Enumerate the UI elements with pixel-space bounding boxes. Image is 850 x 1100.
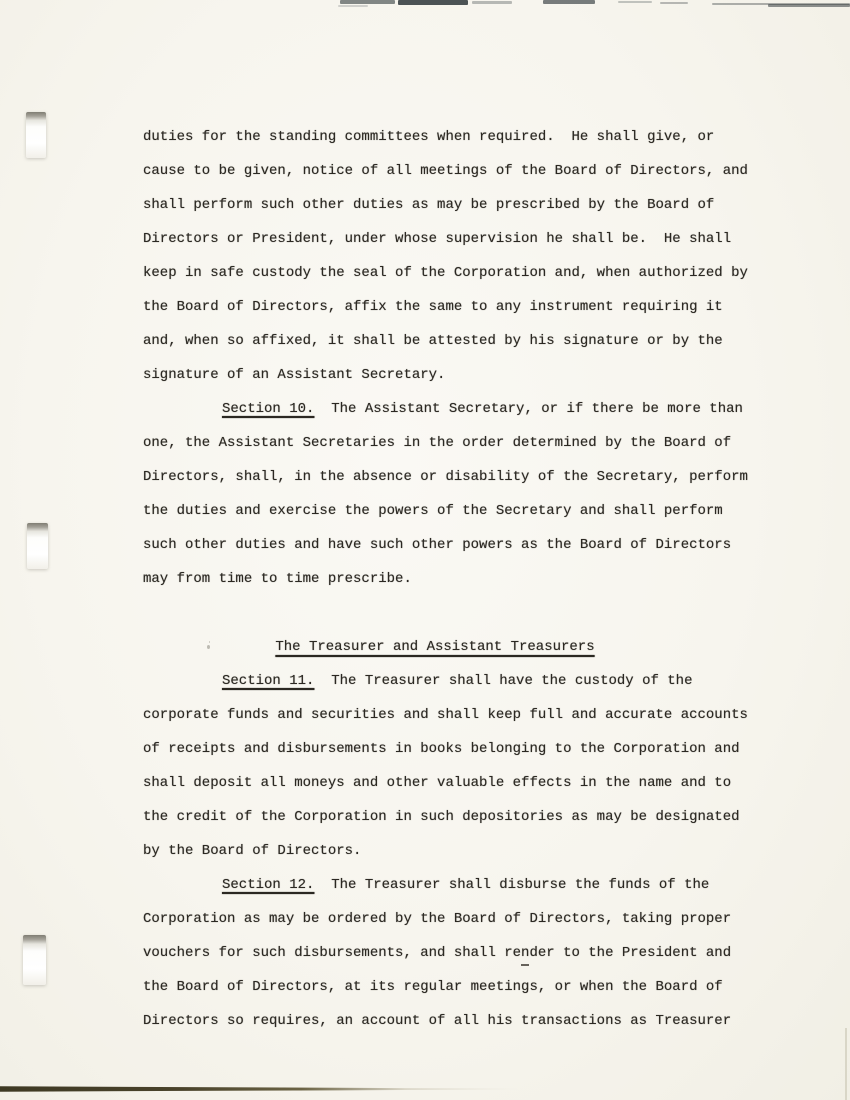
scan-mark [340,0,395,4]
hole-punch-middle [27,523,48,569]
text-line: Section 12. The Treasurer shall disburse… [143,868,757,902]
scan-mark [768,4,850,7]
scan-mark [543,0,595,4]
scan-mark [398,0,468,5]
document-body: duties for the standing committees when … [143,120,757,1038]
scanned-page: duties for the standing committees when … [0,0,850,1100]
text-line: cause to be given, notice of all meeting… [143,154,757,188]
text-line: Directors or President, under whose supe… [143,222,757,256]
bottom-edge-scan-line [0,1086,520,1092]
scan-mark [472,1,512,4]
text-line: and, when so affixed, it shall be attest… [143,324,757,358]
text-line: Directors, shall, in the absence or disa… [143,460,757,494]
text-line: vouchers for such disbursements, and sha… [143,936,757,970]
text-line: shall deposit all moneys and other valua… [143,766,757,800]
text-line: by the Board of Directors. [143,834,757,868]
stray-ink-mark [207,645,210,649]
text-line: Corporation as may be ordered by the Boa… [143,902,757,936]
hole-punch-top [26,112,46,158]
text-line: Directors so requires, an account of all… [143,1004,757,1038]
text-line: of receipts and disbursements in books b… [143,732,757,766]
section-label: Section 10. [222,401,314,417]
section-label: Section 12. [222,877,314,893]
text-line: duties for the standing committees when … [143,120,757,154]
typo-correction-mark [521,964,529,966]
hole-punch-bottom [23,935,46,985]
text-line: signature of an Assistant Secretary. [143,358,757,392]
text-line: the Board of Directors, at its regular m… [143,970,757,1004]
text-line: shall perform such other duties as may b… [143,188,757,222]
section-heading-text: The Treasurer and Assistant Treasurers [275,639,594,655]
text-line: the credit of the Corporation in such de… [143,800,757,834]
text-line: one, the Assistant Secretaries in the or… [143,426,757,460]
text-line: such other duties and have such other po… [143,528,757,562]
text-line: Section 11. The Treasurer shall have the… [143,664,757,698]
text-line: corporate funds and securities and shall… [143,698,757,732]
scan-mark [618,1,652,3]
right-edge-crease [845,1028,847,1100]
text-line: the duties and exercise the powers of th… [143,494,757,528]
scan-mark [660,2,688,4]
text-line: the Board of Directors, affix the same t… [143,290,757,324]
text-line: Section 10. The Assistant Secretary, or … [143,392,757,426]
text-line: keep in safe custody the seal of the Cor… [143,256,757,290]
section-heading: The Treasurer and Assistant Treasurers [143,630,757,664]
section-label: Section 11. [222,673,314,689]
scan-mark [338,5,368,7]
text-line: may from time to time prescribe. [143,562,757,596]
